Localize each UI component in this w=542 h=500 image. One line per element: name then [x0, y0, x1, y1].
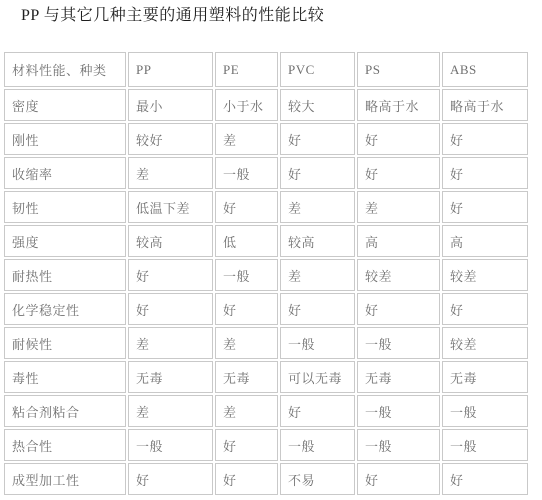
table-cell: 一般	[215, 259, 278, 291]
row-header-property: 收缩率	[4, 157, 126, 189]
column-header-material: PP	[128, 52, 213, 87]
table-cell: 小于水	[215, 89, 278, 121]
table-cell: 无毒	[215, 361, 278, 393]
table-header: 材料性能、种类PPPEPVCPSABS	[4, 52, 528, 87]
table-cell: 最小	[128, 89, 213, 121]
row-header-property: 化学稳定性	[4, 293, 126, 325]
table-cell: 好	[215, 191, 278, 223]
table-cell: 差	[128, 327, 213, 359]
table-row: 化学稳定性好好好好好	[4, 293, 528, 325]
table-row: 刚性较好差好好好	[4, 123, 528, 155]
table-cell: 好	[128, 259, 213, 291]
table-cell: 差	[357, 191, 440, 223]
table-cell: 一般	[357, 327, 440, 359]
table-cell: 好	[357, 293, 440, 325]
table-cell: 较差	[357, 259, 440, 291]
column-header-material: ABS	[442, 52, 528, 87]
table-row: 密度最小小于水较大略高于水略高于水	[4, 89, 528, 121]
table-row: 热合性一般好一般一般一般	[4, 429, 528, 461]
table-cell: 一般	[442, 429, 528, 461]
table-cell: 好	[357, 157, 440, 189]
table-cell: 好	[442, 157, 528, 189]
table-cell: 差	[215, 327, 278, 359]
table-cell: 较差	[442, 259, 528, 291]
table-cell: 好	[215, 293, 278, 325]
table-cell: 差	[215, 123, 278, 155]
table-cell: 一般	[215, 157, 278, 189]
table-row: 毒性无毒无毒可以无毒无毒无毒	[4, 361, 528, 393]
table-cell: 较好	[128, 123, 213, 155]
table-cell: 差	[215, 395, 278, 427]
row-header-property: 韧性	[4, 191, 126, 223]
table-cell: 一般	[280, 327, 355, 359]
table-cell: 无毒	[357, 361, 440, 393]
column-header-material: PS	[357, 52, 440, 87]
table-row: 耐热性好一般差较差较差	[4, 259, 528, 291]
row-header-property: 粘合剂粘合	[4, 395, 126, 427]
table-cell: 差	[128, 157, 213, 189]
table-row: 韧性低温下差好差差好	[4, 191, 528, 223]
table-row: 强度较高低较高高高	[4, 225, 528, 257]
table-cell: 较高	[280, 225, 355, 257]
table-cell: 无毒	[128, 361, 213, 393]
table-cell: 一般	[280, 429, 355, 461]
table-cell: 好	[442, 293, 528, 325]
table-cell: 不易	[280, 463, 355, 495]
table-cell: 好	[442, 123, 528, 155]
table-cell: 无毒	[442, 361, 528, 393]
table-cell: 高	[357, 225, 440, 257]
table-cell: 差	[128, 395, 213, 427]
table-body: 密度最小小于水较大略高于水略高于水刚性较好差好好好收缩率差一般好好好韧性低温下差…	[4, 89, 528, 495]
table-cell: 一般	[442, 395, 528, 427]
page: PP 与其它几种主要的通用塑料的性能比较 材料性能、种类PPPEPVCPSABS…	[0, 0, 542, 500]
table-cell: 好	[442, 463, 528, 495]
table-cell: 好	[357, 463, 440, 495]
row-header-property: 成型加工性	[4, 463, 126, 495]
table-cell: 低	[215, 225, 278, 257]
table-cell: 好	[215, 429, 278, 461]
row-header-property: 热合性	[4, 429, 126, 461]
table-cell: 好	[357, 123, 440, 155]
table-cell: 差	[280, 259, 355, 291]
table-cell: 好	[215, 463, 278, 495]
row-header-property: 耐热性	[4, 259, 126, 291]
row-header-property: 密度	[4, 89, 126, 121]
column-header-material: PVC	[280, 52, 355, 87]
table-cell: 一般	[357, 395, 440, 427]
table-row: 收缩率差一般好好好	[4, 157, 528, 189]
plastics-comparison-table: 材料性能、种类PPPEPVCPSABS 密度最小小于水较大略高于水略高于水刚性较…	[2, 50, 530, 497]
table-cell: 好	[280, 123, 355, 155]
table-cell: 高	[442, 225, 528, 257]
table-cell: 好	[442, 191, 528, 223]
table-row: 成型加工性好好不易好好	[4, 463, 528, 495]
table-cell: 较大	[280, 89, 355, 121]
table-cell: 较高	[128, 225, 213, 257]
column-header-property: 材料性能、种类	[4, 52, 126, 87]
table-cell: 较差	[442, 327, 528, 359]
table-cell: 差	[280, 191, 355, 223]
table-cell: 可以无毒	[280, 361, 355, 393]
page-title: PP 与其它几种主要的通用塑料的性能比较	[0, 0, 542, 26]
table-cell: 低温下差	[128, 191, 213, 223]
table-row: 粘合剂粘合差差好一般一般	[4, 395, 528, 427]
table-cell: 略高于水	[442, 89, 528, 121]
table-cell: 一般	[357, 429, 440, 461]
row-header-property: 耐候性	[4, 327, 126, 359]
table-header-row: 材料性能、种类PPPEPVCPSABS	[4, 52, 528, 87]
row-header-property: 刚性	[4, 123, 126, 155]
table-cell: 一般	[128, 429, 213, 461]
table-cell: 略高于水	[357, 89, 440, 121]
row-header-property: 毒性	[4, 361, 126, 393]
row-header-property: 强度	[4, 225, 126, 257]
table-cell: 好	[280, 157, 355, 189]
table-cell: 好	[280, 395, 355, 427]
table-cell: 好	[128, 463, 213, 495]
table-row: 耐候性差差一般一般较差	[4, 327, 528, 359]
table-cell: 好	[280, 293, 355, 325]
table-cell: 好	[128, 293, 213, 325]
column-header-material: PE	[215, 52, 278, 87]
